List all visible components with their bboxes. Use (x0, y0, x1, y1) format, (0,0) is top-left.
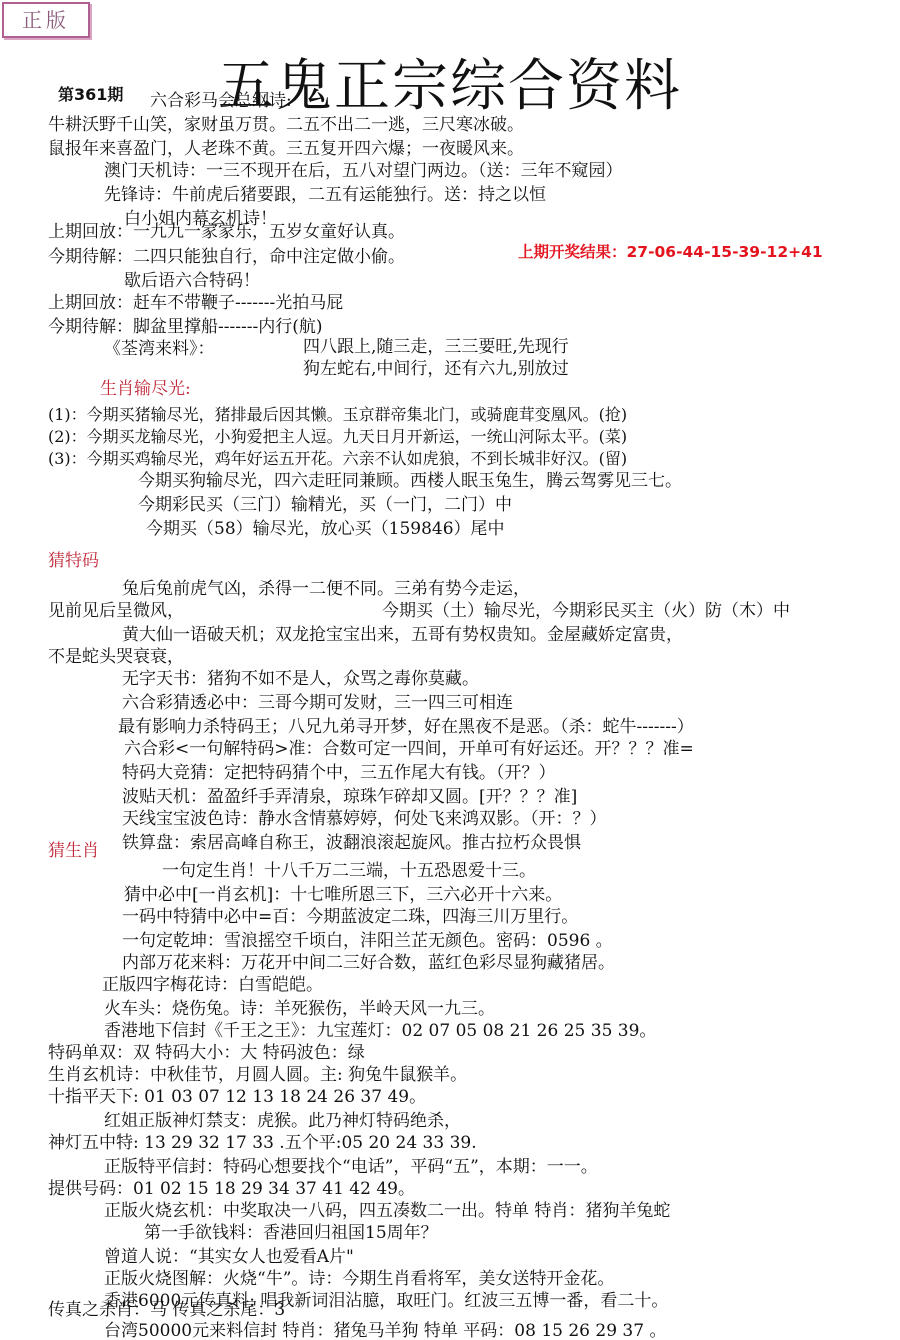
section3-line: 传真之杀肖：马 传真之杀尾：3 (48, 1299, 285, 1321)
section3-line: 生肖玄机诗：中秋佳节，月圆人圆。主: 狗兔牛鼠猴羊。 (48, 1064, 467, 1086)
intro-line: 《荃湾来料》： (104, 338, 215, 360)
section3-line: 香港地下信封《千王之王》：九宝莲灯：02 07 05 08 21 26 25 3… (104, 1020, 656, 1042)
section3-line: 猜中必中[一肖玄机]：十七唯所恩三下，三六必开十六来。 (124, 884, 562, 906)
section3-line: 正版火烧玄机：中奖取决一八码，四五凑数二一出。特单 特肖：猪狗羊兔蛇 (104, 1200, 670, 1222)
section3-line: 特码单双：双 特码大小：大 特码波色：绿 (48, 1042, 365, 1064)
section2-line: 黄大仙一语破天机；双龙抢宝宝出来，五哥有势权贵知。金屋藏娇定富贵， (122, 624, 683, 646)
section1-line: (2)：今期买龙输尽光，小狗爱把主人逗。九天日月开新运，一统山河际太平。(菜) (48, 426, 627, 448)
section2-line: 天线宝宝波色诗：静水含情慕婷婷，何处飞来鸿双影。（开：？） (122, 808, 607, 830)
section3-line: 红姐正版神灯禁支：虎猴。此乃神灯特码绝杀， (104, 1110, 461, 1132)
intro-line: 狗左蛇右,中间行，还有六九,别放过 (303, 358, 569, 380)
section2-line: 兔后兔前虎气凶，杀得一二便不同。三弟有势今走运， (122, 578, 530, 600)
section3-line: 正版火烧图解：火烧“牛”。诗：今期生肖看将军，美女送特开金花。 (104, 1268, 614, 1290)
last-draw-numbers: 27-06-44-15-39-12+41 (627, 243, 823, 261)
intro-line: 上期回放：一九九一家家乐，五岁女童好认真。 (48, 221, 405, 243)
section2-line: 见前见后呈微风， (48, 600, 184, 622)
last-draw-result: 上期开奖结果：27-06-44-15-39-12+41 (518, 240, 823, 262)
section3-line: 提供号码：01 02 15 18 29 34 37 41 42 49。 (48, 1178, 415, 1200)
section-heading-zodiac-lose: 生肖输尽光: (100, 378, 191, 400)
last-draw-label: 上期开奖结果： (518, 243, 627, 261)
intro-line: 四八跟上,随三走，三三要旺,先现行 (303, 336, 569, 358)
section3-line: 火车头：烧伤兔。诗：羊死猴伤，半岭天风一九三。 (104, 998, 495, 1020)
section3-line: 一码中特猜中必中=百：今期蓝波定二珠，四海三川万里行。 (122, 906, 578, 928)
section2-line: 六合彩<一句解特码>准：合数可定一四间，开单可有好运还。开？？？准= (124, 738, 694, 760)
section2-line: 波贴天机：盈盈纤手弄清泉，琼珠乍碎却又圆。[开？？？准] (122, 786, 577, 808)
section3-line: 神灯五中特: 13 29 32 17 33 .五个平:05 20 24 33 3… (48, 1132, 477, 1154)
intro-line: 澳门天机诗：一三不现开在后，五八对望门两边。（送：三年不窥园） (104, 160, 623, 182)
section3-line: 一句定乾坤：雪浪摇空千顷白，沣阳兰芷无颜色。密码：0596 。 (122, 930, 613, 952)
section3-line: 内部万花来料：万花开中间二三好合数，蓝红色彩尽显狗藏猪居。 (122, 952, 615, 974)
intro-line: 今期待解：脚盆里撑船-------内行(航) (48, 316, 322, 338)
section3-line: 一句定生肖！十八千万二三端，十五恐恩爱十三。 (162, 860, 536, 882)
issue-number: 第361期 (58, 82, 123, 105)
section-heading-guess-zodiac: 猜生肖 (48, 840, 99, 862)
section3-line: 正版特平信封：特码心想要找个“电话”，平码“五”，本期：一一。 (104, 1156, 598, 1178)
intro-line: 歇后语六合特码！ (124, 270, 260, 292)
intro-line: 六合彩马会总纲诗: (150, 90, 292, 112)
section2-line: 最有影响力杀特码王；八兄九弟寻开梦，好在黑夜不是恶。（杀：蛇牛-------） (118, 716, 694, 738)
section2-line: 无字天书：猪狗不如不是人，众骂之毒你莫藏。 (122, 668, 479, 690)
section1-line: (3)：今期买鸡输尽光，鸡年好运五开花。六亲不认如虎狼，不到长城非好汉。(留) (48, 448, 627, 470)
section3-line: 十指平天下: 01 03 07 12 13 18 24 26 37 49。 (48, 1086, 426, 1108)
section-heading-guess-code: 猜特码 (48, 550, 99, 572)
intro-line: 牛耕沃野千山笑，家财虽万贯。二五不出二一逃，三尺寒冰破。 (48, 114, 524, 136)
section1-line: 今期买狗输尽光，四六走旺同兼顾。西楼人眠玉兔生，腾云驾雾见三七。 (138, 470, 682, 492)
section3-line: 第一手欲钱料：香港回归祖国15周年？ (144, 1222, 438, 1244)
section3-line: 曾道人说：“其实女人也爱看A片" (104, 1246, 354, 1268)
intro-line: 上期回放：赶车不带鞭子-------光拍马屁 (48, 292, 343, 314)
authentic-badge: 正版 (2, 2, 90, 38)
section2-line: 今期买（土）输尽光，今期彩民买主（火）防（木）中 (382, 600, 790, 622)
section1-line: 今期彩民买（三门）输精光，买（一门，二门）中 (138, 494, 512, 516)
intro-line: 先锋诗：牛前虎后猪要跟，二五有运能独行。送：持之以恒 (104, 184, 546, 206)
intro-line: 鼠报年来喜盈门，人老珠不黄。三五复开四六爆；一夜暖风来。 (48, 138, 524, 160)
section1-line: 今期买（58）输尽光，放心买（159846）尾中 (146, 518, 505, 540)
section3-line: 正版四字梅花诗：白雪皑皑。 (102, 974, 323, 996)
section2-line: 六合彩猜透必中：三哥今期可发财，三一四三可相连 (122, 692, 513, 714)
section2-line: 铁算盘：索居高峰自称王，波翻浪滚起旋风。推古拉朽众畏惧 (122, 832, 581, 854)
section2-line: 不是蛇头哭衰衰， (48, 646, 184, 668)
section3-line: 台湾50000元来料信封 特肖：猪兔马羊狗 特单 平码：08 15 26 29 … (104, 1320, 666, 1340)
section2-line: 特码大竞猜：定把特码猜个中，三五作尾大有钱。（开？） (122, 762, 556, 784)
section1-line: (1)：今期买猪输尽光，猪排最后因其懒。玉京群帝集北门，或骑鹿茸变凰风。(抢) (48, 404, 627, 426)
intro-line: 今期待解：二四只能独自行，命中注定做小偷。 (48, 246, 405, 268)
